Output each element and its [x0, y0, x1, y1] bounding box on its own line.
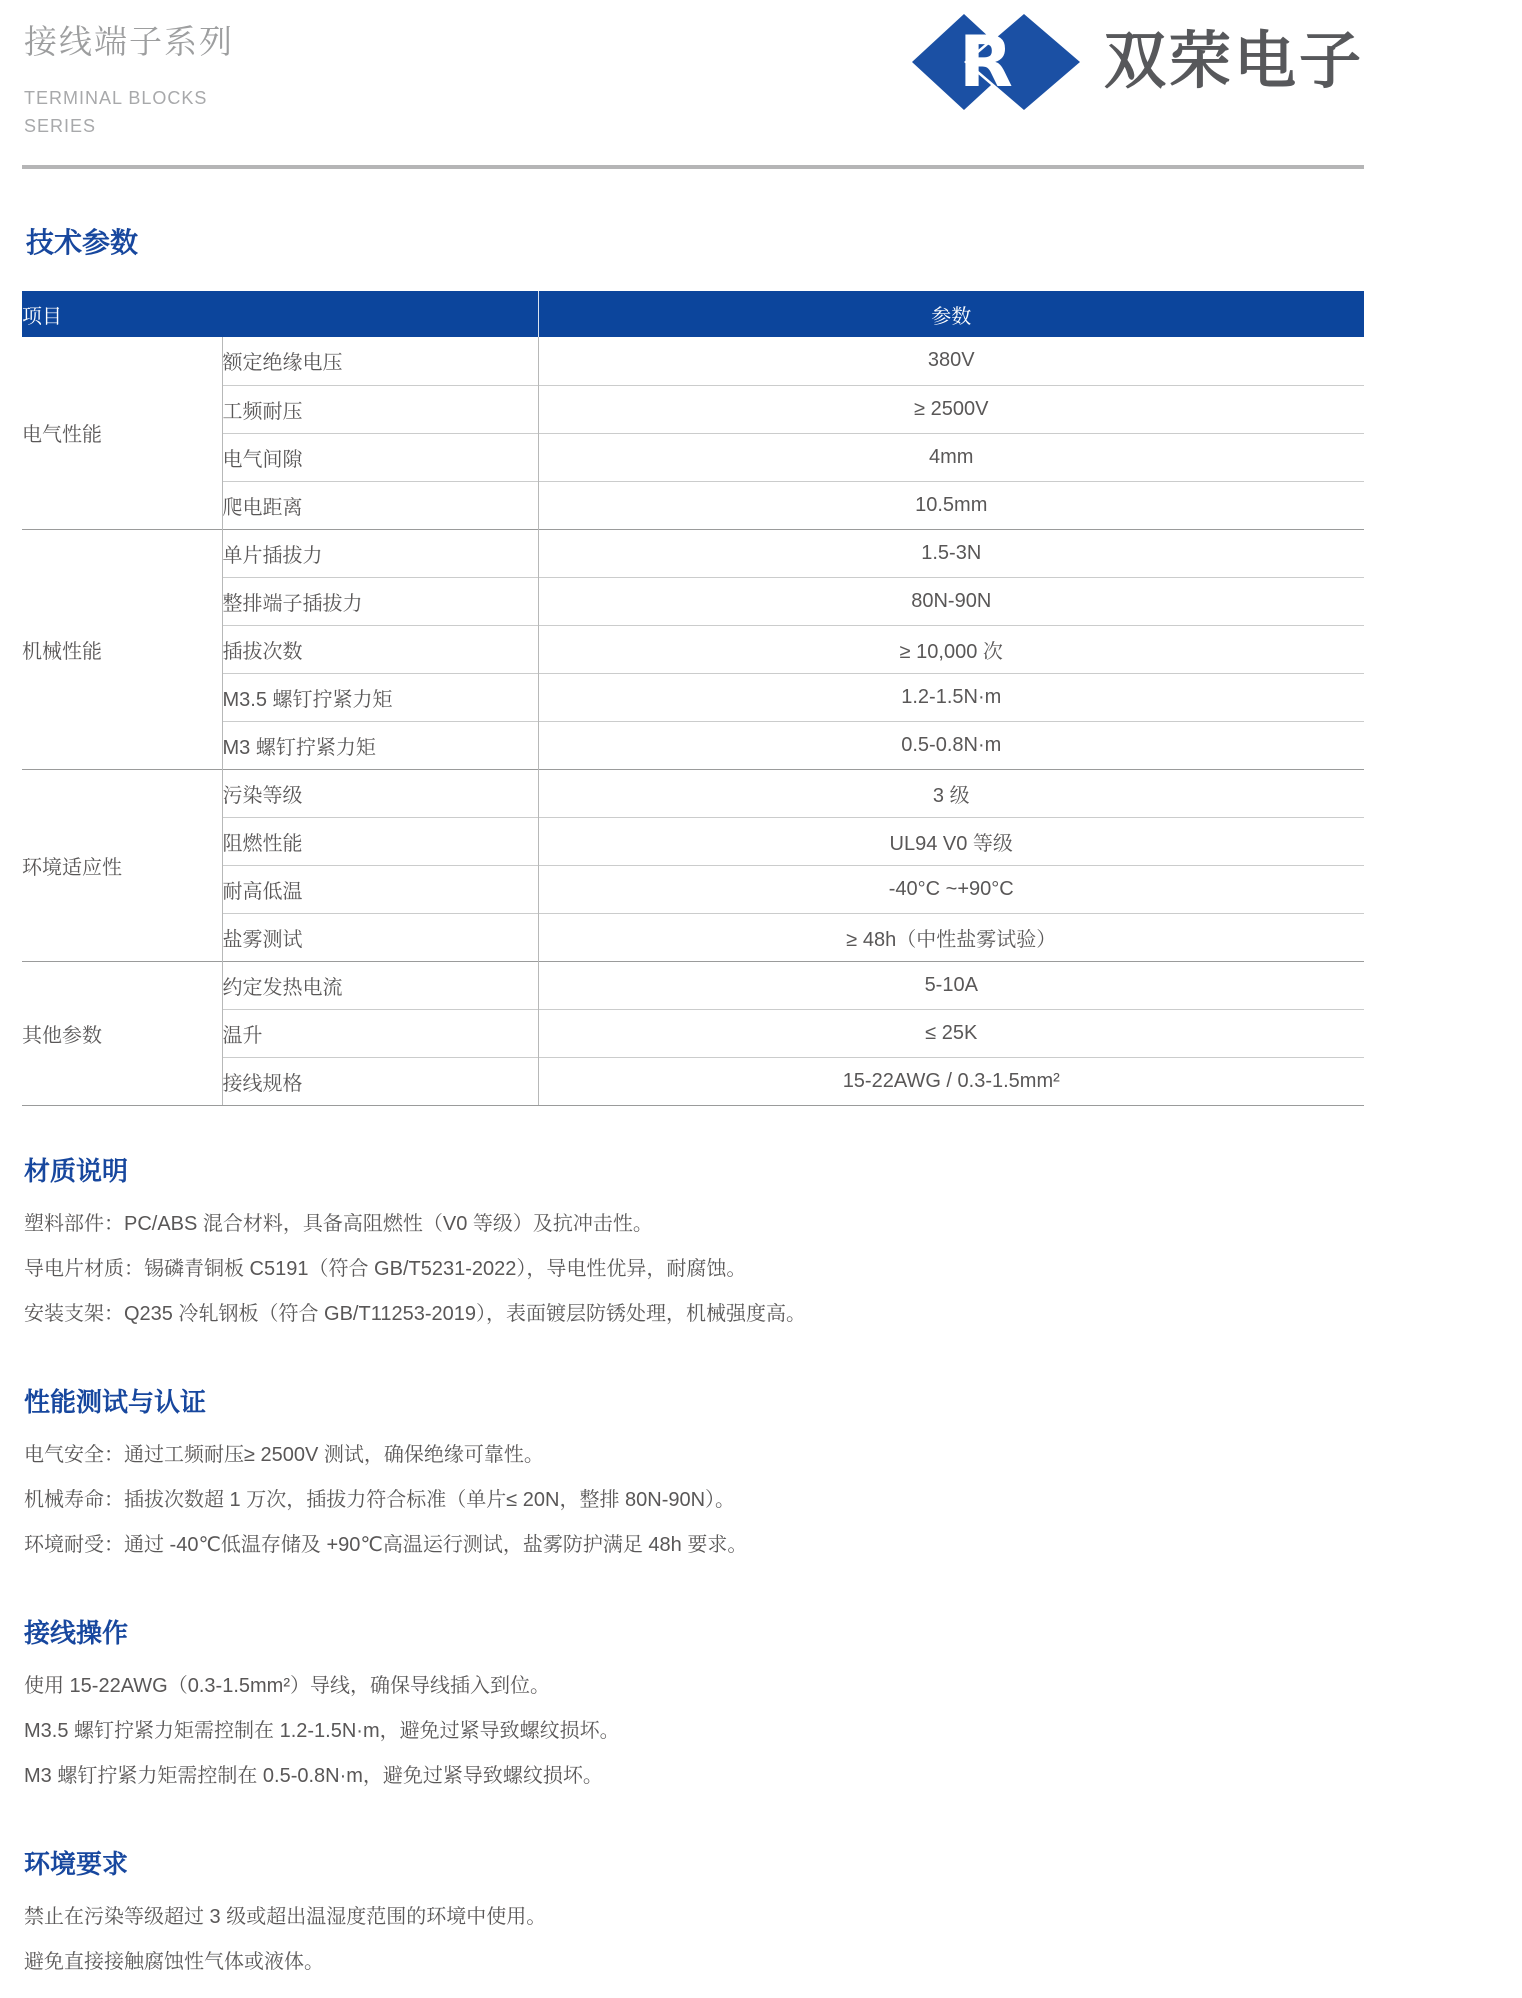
param-value-cell: ≥ 48h（中性盐雾试验） [538, 913, 1364, 961]
param-name-cell: 污染等级 [222, 769, 538, 817]
section-heading: 环境要求 [24, 1847, 1522, 1881]
page-header: 接线端子系列 TERMINAL BLOCKS SERIES R 双荣电子 [0, 0, 1522, 165]
param-name-cell: 插拔次数 [222, 625, 538, 673]
section-material: 材质说明 塑料部件：PC/ABS 混合材料，具备高阻燃性（V0 等级）及抗冲击性… [24, 1154, 1522, 1337]
table-row: 电气性能额定绝缘电压380V [22, 337, 1364, 385]
section-testing: 性能测试与认证 电气安全：通过工频耐压≥ 2500V 测试，确保绝缘可靠性。机械… [24, 1385, 1522, 1568]
param-value-cell: 0.5-0.8N·m [538, 721, 1364, 769]
section-paragraphs: 使用 15-22AWG（0.3-1.5mm²）导线，确保导线插入到位。M3.5 … [24, 1664, 1522, 1799]
param-name-cell: 接线规格 [222, 1057, 538, 1105]
section-heading: 材质说明 [24, 1154, 1522, 1188]
param-value-cell: 10.5mm [538, 481, 1364, 529]
param-name-cell: 工频耐压 [222, 385, 538, 433]
section-paragraph: M3 螺钉拧紧力矩需控制在 0.5-0.8N·m，避免过紧导致螺纹损坏。 [24, 1754, 1522, 1799]
param-name-cell: 约定发热电流 [222, 961, 538, 1009]
section-paragraph: M3.5 螺钉拧紧力矩需控制在 1.2-1.5N·m，避免过紧导致螺纹损坏。 [24, 1709, 1522, 1754]
param-name-cell: 盐雾测试 [222, 913, 538, 961]
table-row: 阻燃性能UL94 V0 等级 [22, 817, 1364, 865]
table-row: 整排端子插拔力80N-90N [22, 577, 1364, 625]
param-name-cell: M3 螺钉拧紧力矩 [222, 721, 538, 769]
section-paragraph: 塑料部件：PC/ABS 混合材料，具备高阻燃性（V0 等级）及抗冲击性。 [24, 1202, 1522, 1247]
section-environment: 环境要求 禁止在污染等级超过 3 级或超出温湿度范围的环境中使用。避免直接接触腐… [24, 1847, 1522, 1985]
spec-table: 项目 参数 电气性能额定绝缘电压380V工频耐压≥ 2500V电气间隙4mm爬电… [22, 291, 1364, 1106]
datasheet-page: 接线端子系列 TERMINAL BLOCKS SERIES R 双荣电子 技术参… [0, 0, 1522, 1998]
param-name-cell: 单片插拔力 [222, 529, 538, 577]
section-paragraphs: 塑料部件：PC/ABS 混合材料，具备高阻燃性（V0 等级）及抗冲击性。导电片材… [24, 1202, 1522, 1337]
param-value-cell: 380V [538, 337, 1364, 385]
company-name: 双荣电子 [1104, 12, 1364, 112]
param-category-cell: 环境适应性 [22, 769, 222, 961]
param-value-cell: 1.2-1.5N·m [538, 673, 1364, 721]
table-row: 接线规格15-22AWG / 0.3-1.5mm² [22, 1057, 1364, 1105]
table-row: 耐高低温-40°C ~+90°C [22, 865, 1364, 913]
param-name-cell: 爬电距离 [222, 481, 538, 529]
param-category-cell: 机械性能 [22, 529, 222, 769]
table-row: M3 螺钉拧紧力矩0.5-0.8N·m [22, 721, 1364, 769]
table-row: 机械性能单片插拔力1.5-3N [22, 529, 1364, 577]
table-row: 温升≤ 25K [22, 1009, 1364, 1057]
subtitle-line-2: SERIES [24, 112, 1522, 140]
table-row: M3.5 螺钉拧紧力矩1.2-1.5N·m [22, 673, 1364, 721]
logo-diamond-icon: R [912, 12, 1080, 112]
param-value-cell: 15-22AWG / 0.3-1.5mm² [538, 1057, 1364, 1105]
section-paragraph: 电气安全：通过工频耐压≥ 2500V 测试，确保绝缘可靠性。 [24, 1433, 1522, 1478]
param-name-cell: 整排端子插拔力 [222, 577, 538, 625]
param-value-cell: 5-10A [538, 961, 1364, 1009]
param-value-cell: -40°C ~+90°C [538, 865, 1364, 913]
section-paragraphs: 禁止在污染等级超过 3 级或超出温湿度范围的环境中使用。避免直接接触腐蚀性气体或… [24, 1895, 1522, 1985]
table-row: 电气间隙4mm [22, 433, 1364, 481]
section-paragraphs: 电气安全：通过工频耐压≥ 2500V 测试，确保绝缘可靠性。机械寿命：插拔次数超… [24, 1433, 1522, 1568]
section-heading: 接线操作 [24, 1616, 1522, 1650]
param-name-cell: 额定绝缘电压 [222, 337, 538, 385]
section-paragraph: 机械寿命：插拔次数超 1 万次，插拔力符合标准（单片≤ 20N，整排 80N-9… [24, 1478, 1522, 1523]
param-value-cell: ≥ 10,000 次 [538, 625, 1364, 673]
column-header-param: 参数 [538, 291, 1364, 337]
param-category-cell: 其他参数 [22, 961, 222, 1105]
table-row: 插拔次数≥ 10,000 次 [22, 625, 1364, 673]
table-row: 环境适应性污染等级3 级 [22, 769, 1364, 817]
table-row: 盐雾测试≥ 48h（中性盐雾试验） [22, 913, 1364, 961]
table-row: 爬电距离10.5mm [22, 481, 1364, 529]
param-value-cell: 80N-90N [538, 577, 1364, 625]
section-wiring: 接线操作 使用 15-22AWG（0.3-1.5mm²）导线，确保导线插入到位。… [24, 1616, 1522, 1799]
section-paragraph: 环境耐受：通过 -40℃低温存储及 +90℃高温运行测试，盐雾防护满足 48h … [24, 1523, 1522, 1568]
column-header-item: 项目 [22, 291, 538, 337]
company-logo: R 双荣电子 [912, 12, 1364, 112]
param-value-cell: ≥ 2500V [538, 385, 1364, 433]
param-category-cell: 电气性能 [22, 337, 222, 529]
section-heading: 性能测试与认证 [24, 1385, 1522, 1419]
section-paragraph: 导电片材质：锡磷青铜板 C5191（符合 GB/T5231-2022），导电性优… [24, 1247, 1522, 1292]
table-row: 其他参数约定发热电流5-10A [22, 961, 1364, 1009]
param-value-cell: 4mm [538, 433, 1364, 481]
header-divider [22, 165, 1364, 169]
spec-table-header-row: 项目 参数 [22, 291, 1364, 337]
param-name-cell: 电气间隙 [222, 433, 538, 481]
section-paragraph: 安装支架：Q235 冷轧钢板（符合 GB/T11253-2019），表面镀层防锈… [24, 1292, 1522, 1337]
param-name-cell: 温升 [222, 1009, 538, 1057]
logo-letter: R [950, 19, 1022, 105]
section-paragraph: 使用 15-22AWG（0.3-1.5mm²）导线，确保导线插入到位。 [24, 1664, 1522, 1709]
param-value-cell: UL94 V0 等级 [538, 817, 1364, 865]
param-name-cell: 耐高低温 [222, 865, 538, 913]
param-name-cell: 阻燃性能 [222, 817, 538, 865]
tech-params-heading: 技术参数 [26, 228, 1522, 258]
param-value-cell: ≤ 25K [538, 1009, 1364, 1057]
table-row: 工频耐压≥ 2500V [22, 385, 1364, 433]
section-paragraph: 禁止在污染等级超过 3 级或超出温湿度范围的环境中使用。 [24, 1895, 1522, 1940]
param-name-cell: M3.5 螺钉拧紧力矩 [222, 673, 538, 721]
param-value-cell: 1.5-3N [538, 529, 1364, 577]
param-value-cell: 3 级 [538, 769, 1364, 817]
section-paragraph: 避免直接接触腐蚀性气体或液体。 [24, 1940, 1522, 1985]
